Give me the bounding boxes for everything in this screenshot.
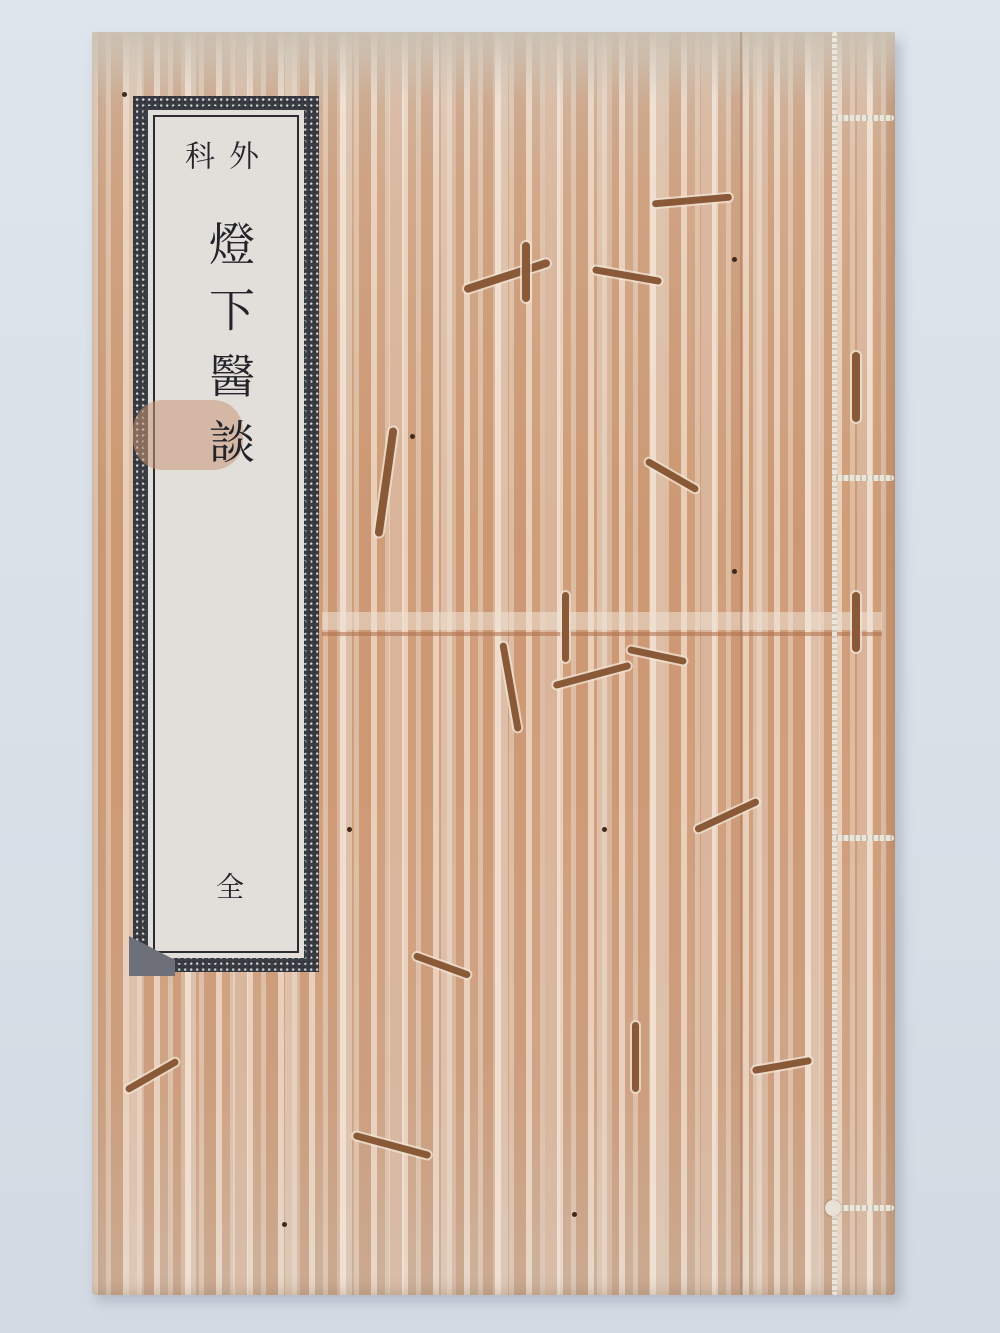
spine-fold-line bbox=[740, 32, 742, 1295]
cover-crease bbox=[322, 632, 882, 636]
worm-tunnel bbox=[627, 646, 687, 665]
worm-tunnel bbox=[552, 662, 631, 689]
worm-hole bbox=[347, 827, 352, 832]
worm-tunnel bbox=[374, 427, 397, 537]
worm-tunnel bbox=[752, 1057, 812, 1074]
binding-stitch bbox=[832, 835, 894, 841]
worm-hole bbox=[282, 1222, 287, 1227]
worm-tunnel bbox=[499, 642, 522, 732]
worm-tunnel bbox=[652, 194, 732, 208]
binding-knot bbox=[825, 1200, 841, 1216]
cover-top-discoloration bbox=[92, 32, 895, 102]
title-prefix-char-2: 科 bbox=[174, 140, 218, 172]
worm-tunnel bbox=[522, 242, 530, 302]
worm-tunnel bbox=[852, 352, 860, 422]
book-title: 燈下醫談 bbox=[196, 220, 262, 484]
book-cover: 外 科 燈下醫談 全 bbox=[92, 32, 895, 1295]
title-prefix-char-1: 外 bbox=[218, 140, 262, 172]
worm-hole bbox=[602, 827, 607, 832]
worm-hole bbox=[410, 434, 415, 439]
worm-tunnel bbox=[463, 258, 551, 293]
worm-hole bbox=[122, 92, 127, 97]
worm-tunnel bbox=[694, 798, 760, 834]
binding-stitch bbox=[832, 475, 894, 481]
title-label: 外 科 燈下醫談 全 bbox=[133, 96, 319, 972]
worm-tunnel bbox=[352, 1132, 431, 1159]
title-label-paper: 外 科 燈下醫談 全 bbox=[148, 110, 304, 958]
worm-tunnel bbox=[562, 592, 569, 662]
worm-tunnel bbox=[644, 457, 699, 493]
worm-tunnel bbox=[852, 592, 860, 652]
title-prefix: 外 科 bbox=[174, 140, 262, 172]
worm-tunnel bbox=[413, 952, 472, 979]
volume-mark: 全 bbox=[208, 872, 248, 900]
worm-tunnel bbox=[124, 1057, 179, 1093]
binding-stitch bbox=[832, 115, 894, 121]
cover-fold-highlight bbox=[322, 612, 882, 630]
worm-tunnel bbox=[592, 266, 662, 285]
binding-thread bbox=[832, 32, 837, 1295]
binding-stitch bbox=[832, 1205, 894, 1211]
worm-hole bbox=[732, 257, 737, 262]
worm-tunnel bbox=[632, 1022, 639, 1092]
worm-hole bbox=[732, 569, 737, 574]
worm-hole bbox=[572, 1212, 577, 1217]
